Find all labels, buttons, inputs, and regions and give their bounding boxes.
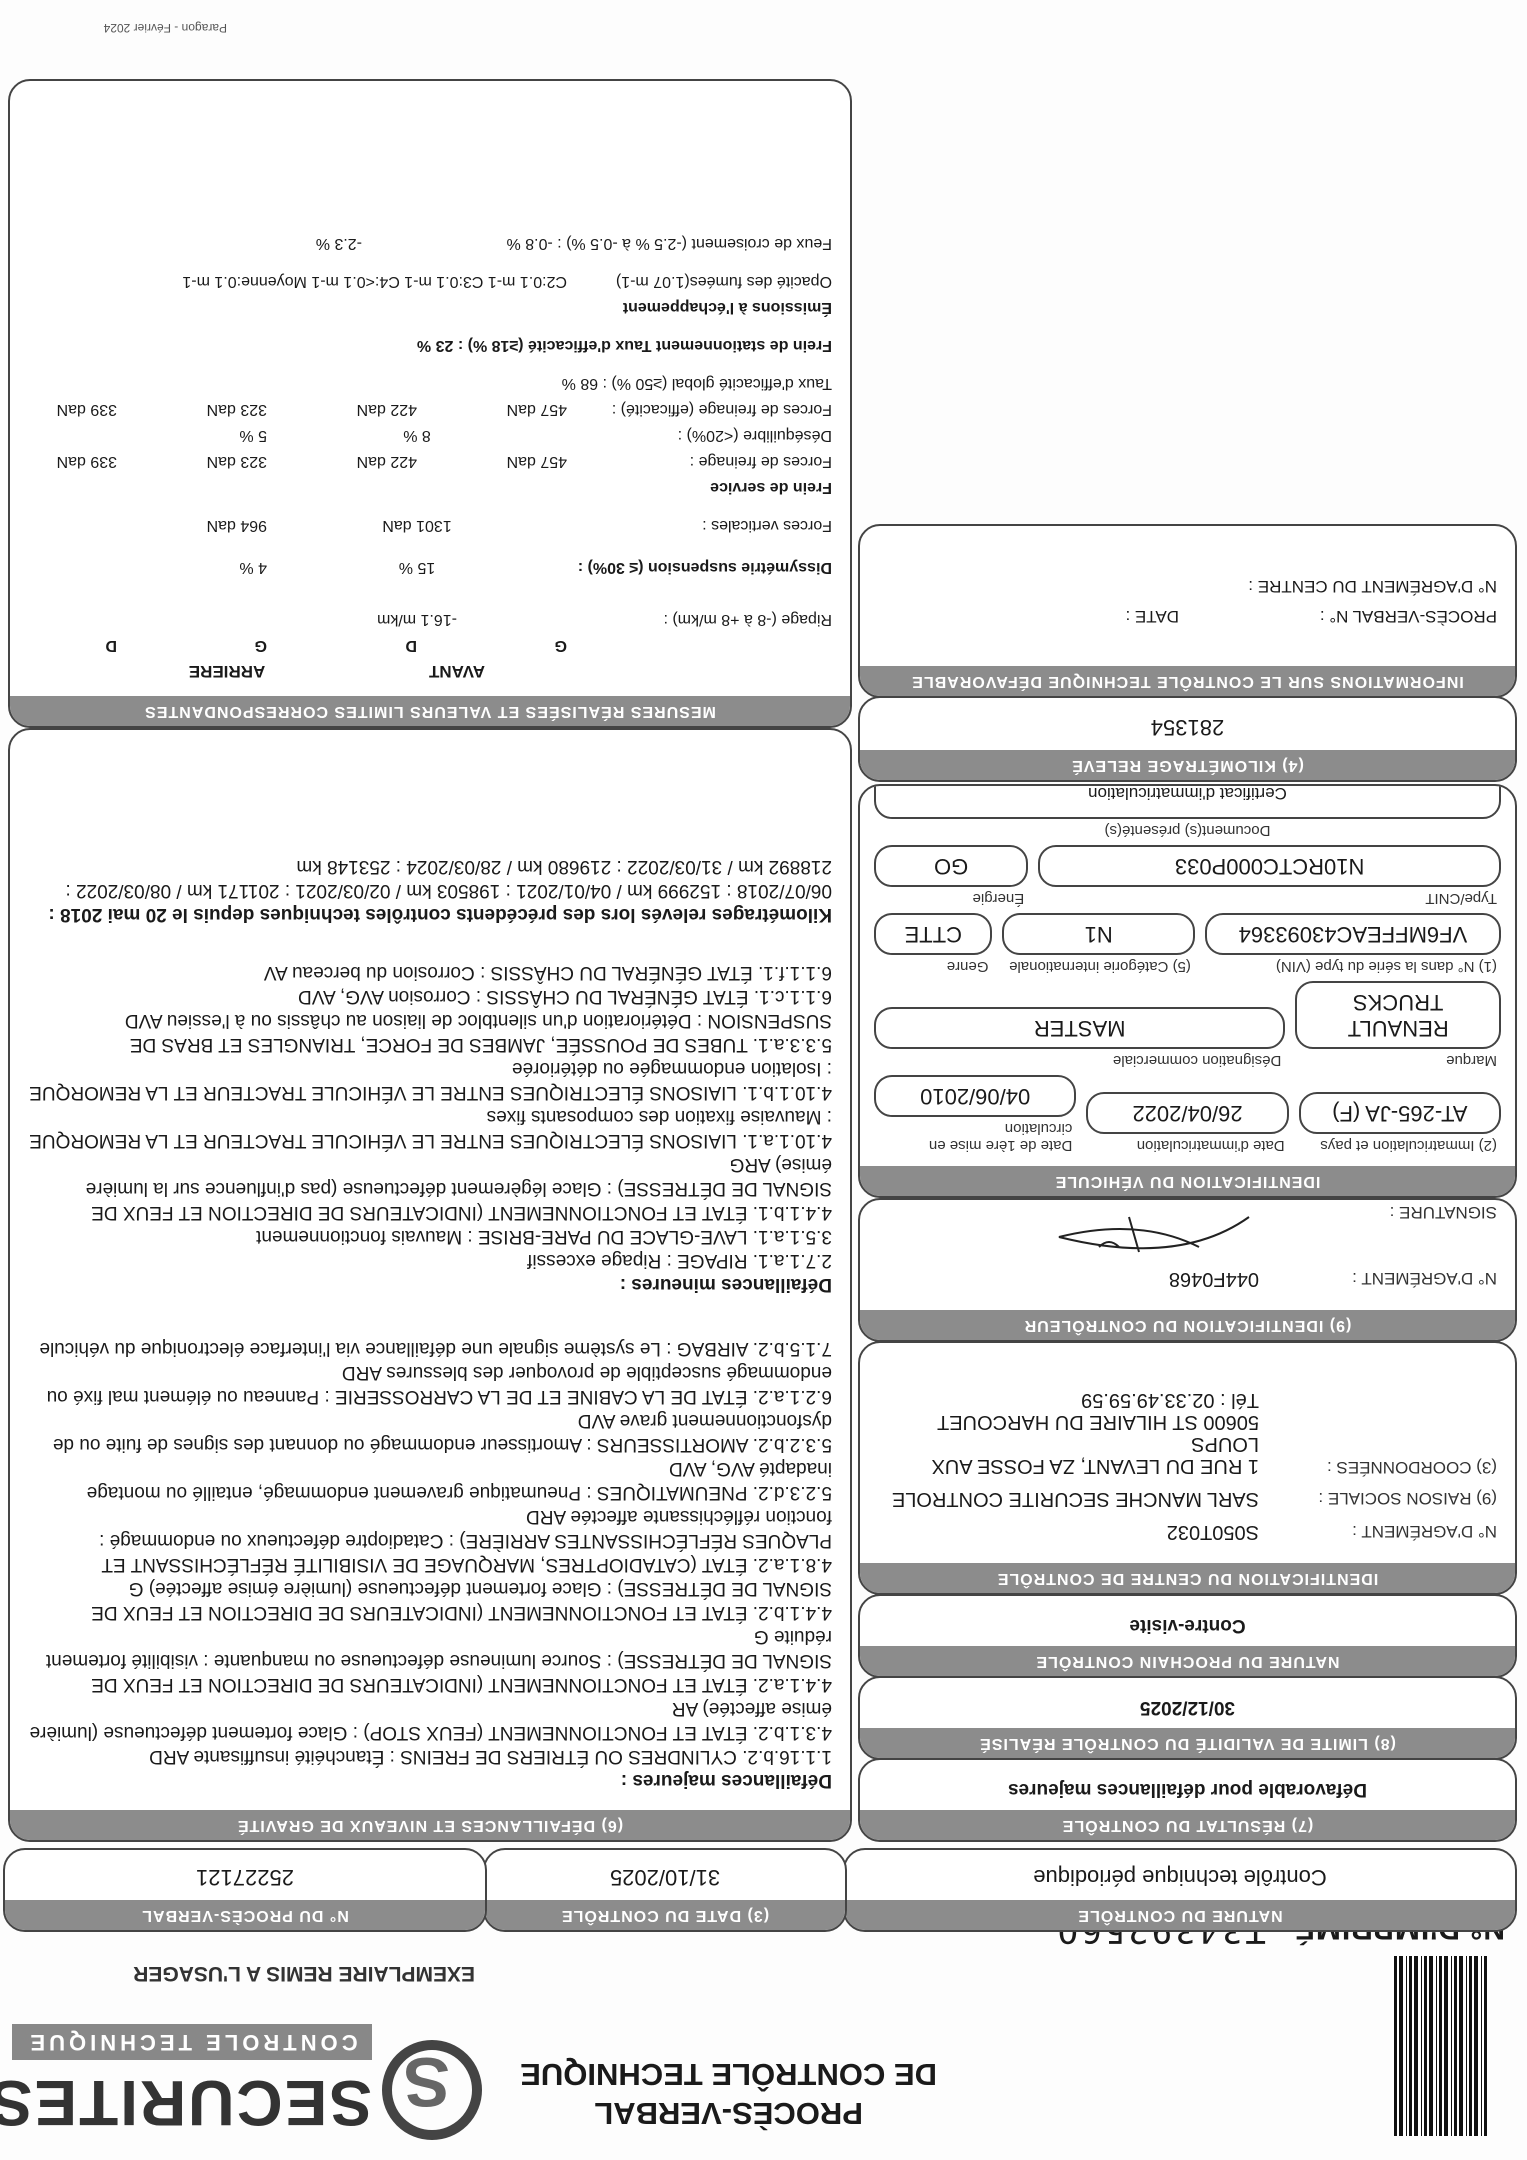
avant-header: AVANT — [347, 660, 567, 682]
g-av: G — [417, 634, 567, 656]
proces-verbal-page: N° D'IMPRIMÉ T3439256O PROCÈS-VERBAL DE … — [0, 0, 1527, 2160]
date-value: 31/10/2025 — [485, 1854, 845, 1900]
coord-label: (3) COORDONNÉES : — [1277, 1457, 1497, 1477]
defect-item: 4.4.1.b.1. ÉTAT ET FONCTIONNEMENT (INDIC… — [28, 1152, 832, 1224]
km-history-title: Kilométrages relevés lors des précédents… — [28, 902, 832, 926]
deseq-ar: 5 % — [117, 424, 267, 446]
major-title: Défaillances majeures : — [28, 1768, 832, 1792]
feux-croisement: Feux de croisement (-2.5 % à -0.5 %) : -… — [362, 232, 832, 254]
frein-stationnement: Frein de stationnement Taux d'efficacité… — [28, 334, 832, 356]
phone: Tél : 02.33.49.59.59 — [932, 1389, 1260, 1411]
docs-label: Document(s) présenté(s) — [878, 822, 1497, 839]
genre-value: CTTE — [874, 913, 992, 955]
measures-box: MESURES RÉALISÉES ET VALEURS LIMITES COR… — [8, 79, 852, 728]
center-agrement: S050T032 — [1167, 1520, 1259, 1543]
defect-item: 6.1.1.f.1. ÉTAT GÉNÉRAL DU CHÂSSIS : Cor… — [28, 960, 832, 984]
result-value: Défavorable pour défaillances majeures — [860, 1768, 1515, 1810]
defect-item: 5.3.3.a.1. TUBES DE POUSSÉE, JAMBES DE F… — [28, 1008, 832, 1056]
nature-header: NATURE DU CONTRÔLE — [845, 1900, 1515, 1930]
dissym-label: Dissymétrie suspension (≤ 30%) : — [567, 556, 832, 578]
pv-number-header: N° DU PROCÈS-VERBAL — [5, 1900, 485, 1930]
validity-value: 30/12/2025 — [860, 1686, 1515, 1728]
dissym-av: 15 % — [267, 556, 567, 578]
address-line-1: 1 RUE DU LEVANT, ZA FOSSE AUX — [932, 1455, 1260, 1477]
validity-header: (8) LIMITE DE VALIDITÉ DU CONTRÔLE RÉALI… — [860, 1728, 1515, 1758]
feux-croisement-2: -2.3 % — [316, 232, 362, 254]
brand-band: CONTROLE TECHNIQUE — [12, 2024, 372, 2060]
taux-global: Taux d'efficacité global (≥50 %) : 68 % — [28, 372, 832, 394]
unfav-pv-label: PROCÈS-VERBAL N° : — [1197, 606, 1497, 626]
defects-box: (6) DÉFAILLANCES ET NIVEAUX DE GRAVITÉ D… — [8, 728, 852, 1842]
energie-value: GO — [874, 845, 1028, 887]
nature-box: NATURE DU CONTRÔLE Contrôle technique pé… — [843, 1848, 1517, 1932]
d-ar: D — [8, 634, 117, 656]
raison-label: (9) RAISON SOCIALE : — [1277, 1488, 1497, 1508]
defect-item: 4.8.1.a.2. ÉTAT (CATADIOPTRES, MARQUAGE … — [28, 1504, 832, 1576]
address-line-3: 50600 ST HILAIRE DU HARCOUET — [932, 1411, 1260, 1433]
raison-value: SARL MANCHE SECURITE CONTROLE — [892, 1487, 1259, 1510]
logo-s-icon: S — [382, 2040, 482, 2140]
designation-label: Désignation commerciale — [878, 1052, 1281, 1069]
forces-vert-ar: 964 daN — [117, 514, 267, 536]
next-control-value: Contre-visite — [860, 1604, 1515, 1646]
defect-item: 5.2.3.d.2. PNEUMATIQUES : Pneumatique gr… — [28, 1456, 832, 1504]
major-defects-list: 1.1.16.b.2. CYLINDRES OU ÉTRIERS DE FREI… — [28, 1336, 832, 1768]
unfavorable-info-header: INFORMATIONS SUR LE CONTRÔLE TECHNIQUE D… — [860, 666, 1515, 696]
arriere-header: ARRIERE — [107, 660, 347, 682]
emissions-title: Émissions à l'échappement — [28, 296, 832, 318]
first-circ-value: 04/06/2010 — [874, 1075, 1076, 1117]
pv-number-box: N° DU PROCÈS-VERBAL 25227121 — [3, 1848, 487, 1932]
forces-vert-label: Forces verticales : — [567, 514, 832, 536]
opacite-label: Opacité des fumées(1.07 m-1) — [567, 270, 832, 292]
date-box: (3) DATE DU CONTRÔLE 31/10/2025 — [483, 1848, 847, 1932]
center-agrement-label: N° D'AGRÉMENT : — [1277, 1521, 1497, 1541]
securitest-logo: S SECURITEST CONTROLE TECHNIQUE — [12, 2020, 482, 2140]
controller-box: (9) IDENTIFICATION DU CONTRÔLEUR N° D'AG… — [858, 1198, 1517, 1342]
vehicle-header: IDENTIFICATION DU VÉHICULE — [860, 1166, 1515, 1196]
defect-item: 4.3.1.b.2. ÉTAT ET FONCTIONNEMENT (FEUX … — [28, 1696, 832, 1744]
genre-label: Genre — [878, 958, 988, 975]
pv-number-value: 25227121 — [5, 1854, 485, 1900]
unfav-date-label: DATE : — [1125, 606, 1179, 626]
next-control-header: NATURE DU PROCHAIN CONTRÔLE — [860, 1646, 1515, 1676]
categorie-value: N1 — [1002, 913, 1194, 955]
deseq-av: 8 % — [267, 424, 567, 446]
brand-name: SECURITEST — [0, 2066, 372, 2140]
deseq-label: Déséquilibre (<20%) : — [567, 424, 832, 446]
date-immat-label: Date d'immatriculation — [1090, 1137, 1284, 1154]
unfavorable-info-box: INFORMATIONS SUR LE CONTRÔLE TECHNIQUE D… — [858, 524, 1517, 698]
vin-value: VF6MFFEAC43093364 — [1205, 913, 1501, 955]
controller-agrement-label: N° D'AGRÉMENT : — [1277, 1268, 1497, 1288]
ff-0: 457 daN — [417, 450, 567, 472]
center-box: IDENTIFICATION DU CENTRE DE CONTRÔLE N° … — [858, 1341, 1517, 1595]
km-history: 06/07/2018 : 152999 km / 04/01/2021 : 19… — [28, 854, 832, 902]
center-header: IDENTIFICATION DU CENTRE DE CONTRÔLE — [860, 1563, 1515, 1593]
title-line-1: PROCÈS-VERBAL — [520, 2093, 937, 2132]
fe-3: 339 daN — [8, 398, 117, 420]
kilometrage-header: (4) KILOMÉTRAGE RELEVÉ — [860, 750, 1515, 780]
fe-2: 323 daN — [117, 398, 267, 420]
forces-frein-label: Forces de freinage : — [567, 450, 832, 472]
address-line-2: LOUPS — [932, 1433, 1260, 1455]
nature-value: Contrôle technique périodique — [845, 1854, 1515, 1900]
dissym-ar: 4 % — [117, 556, 267, 578]
defect-item: 3.5.1.a.1. LAVE-GLACE DU PARE-BRISE : Ma… — [28, 1224, 832, 1248]
type-label: Type/CNIT — [1042, 890, 1497, 907]
designation-value: MASTER — [874, 1007, 1285, 1049]
defect-item: 4.4.1.b.2. ÉTAT ET FONCTIONNEMENT (INDIC… — [28, 1576, 832, 1624]
type-value: N10RCTC000P033 — [1038, 845, 1501, 887]
defect-item: 5.3.2.b.2. AMORTISSEURS : Amortisseur en… — [28, 1408, 832, 1456]
d-av: D — [267, 634, 417, 656]
fe-1: 422 daN — [267, 398, 417, 420]
defect-item: 7.1.5.b.2. AIRBAG : Le système signale u… — [28, 1336, 832, 1360]
validity-box: (8) LIMITE DE VALIDITÉ DU CONTRÔLE RÉALI… — [858, 1676, 1517, 1760]
marque-value: RENAULT TRUCKS — [1295, 981, 1501, 1049]
unfav-center-label: N° D'AGRÉMENT DU CENTRE : — [1248, 576, 1497, 596]
kilometrage-box: (4) KILOMÉTRAGE RELEVÉ 281354 — [858, 696, 1517, 782]
defect-item: 4.10.1.a.1. LIAISONS ÉLECTRIQUES ENTRE L… — [28, 1104, 832, 1152]
defects-header: (6) DÉFAILLANCES ET NIVEAUX DE GRAVITÉ — [10, 1810, 850, 1840]
print-reference: Paragon - Février 2024 — [104, 21, 227, 35]
g-ar: G — [117, 634, 267, 656]
document-title: PROCÈS-VERBAL DE CONTRÔLE TECHNIQUE — [520, 2055, 937, 2133]
defect-item: 4.4.1.a.2. ÉTAT ET FONCTIONNEMENT (INDIC… — [28, 1624, 832, 1696]
minor-defects-list: 2.7.1.a.1. RIPAGE : Ripage excessif3.5.1… — [28, 960, 832, 1272]
title-line-2: DE CONTRÔLE TECHNIQUE — [520, 2055, 937, 2094]
minor-title: Défaillances mineures : — [28, 1272, 832, 1296]
ff-1: 422 daN — [267, 450, 417, 472]
defect-item: 6.1.1.c.1. ÉTAT GÉNÉRAL DU CHÂSSIS : Cor… — [28, 984, 832, 1008]
energie-label: Énergie — [878, 890, 1024, 907]
opacite-value: C2:0.1 m-1 C3:0.1 m-1 C4:<0.1 m-1 Moyenn… — [182, 270, 567, 292]
ff-3: 339 daN — [8, 450, 117, 472]
immat-label: (2) Immatriculation et pays — [1303, 1137, 1497, 1154]
forces-eff-label: Forces de freinage (efficacité) : — [567, 398, 832, 420]
controller-header: (9) IDENTIFICATION DU CONTRÔLEUR — [860, 1310, 1515, 1340]
next-control-box: NATURE DU PROCHAIN CONTRÔLE Contre-visit… — [858, 1594, 1517, 1678]
docs-value: Certificat d'immatriculation — [874, 784, 1501, 819]
frein-service-title: Frein de service — [28, 476, 832, 498]
controller-agrement: 044F0468 — [1169, 1267, 1259, 1290]
signature-label: SIGNATURE : — [1277, 1202, 1497, 1222]
defect-item: 4.10.1.b.1. LIAISONS ÉLECTRIQUES ENTRE L… — [28, 1056, 832, 1104]
vin-label: (1) N° dans la série du type (VIN) — [1209, 958, 1497, 975]
date-header: (3) DATE DU CONTRÔLE — [485, 1900, 845, 1930]
marque-label: Marque — [1299, 1052, 1497, 1069]
first-circ-label: Date de 1ère mise en circulation — [878, 1120, 1072, 1154]
result-box: (7) RÉSULTAT DU CONTRÔLE Défavorable pou… — [858, 1758, 1517, 1842]
result-header: (7) RÉSULTAT DU CONTRÔLE — [860, 1810, 1515, 1840]
signature-icon — [1039, 1207, 1259, 1257]
ripage-label: Ripage (-8 à +8 m/km) : — [567, 608, 832, 630]
vehicle-box: IDENTIFICATION DU VÉHICULE (2) Immatricu… — [858, 784, 1517, 1198]
defect-item: 1.1.16.b.2. CYLINDRES OU ÉTRIERS DE FREI… — [28, 1744, 832, 1768]
ripage-value: -16.1 m/km — [267, 608, 567, 630]
defect-item: 2.7.1.a.1. RIPAGE : Ripage excessif — [28, 1248, 832, 1272]
defect-item: 6.2.1.a.2. ÉTAT DE LA CABINE ET DE LA CA… — [28, 1360, 832, 1408]
fe-0: 457 daN — [417, 398, 567, 420]
categorie-label: (5) Catégorie internationale — [1006, 958, 1190, 975]
forces-vert-av: 1301 daN — [267, 514, 567, 536]
exemplaire-label: EXEMPLAIRE REMIS A L'USAGER — [133, 1961, 475, 1985]
immat-value: AT-265-JA (F) — [1299, 1092, 1501, 1134]
ff-2: 323 daN — [117, 450, 267, 472]
date-immat-value: 26/04/2022 — [1086, 1092, 1288, 1134]
barcode — [1392, 1956, 1487, 2136]
kilometrage-value: 281354 — [860, 704, 1515, 750]
measures-header: MESURES RÉALISÉES ET VALEURS LIMITES COR… — [10, 696, 850, 726]
